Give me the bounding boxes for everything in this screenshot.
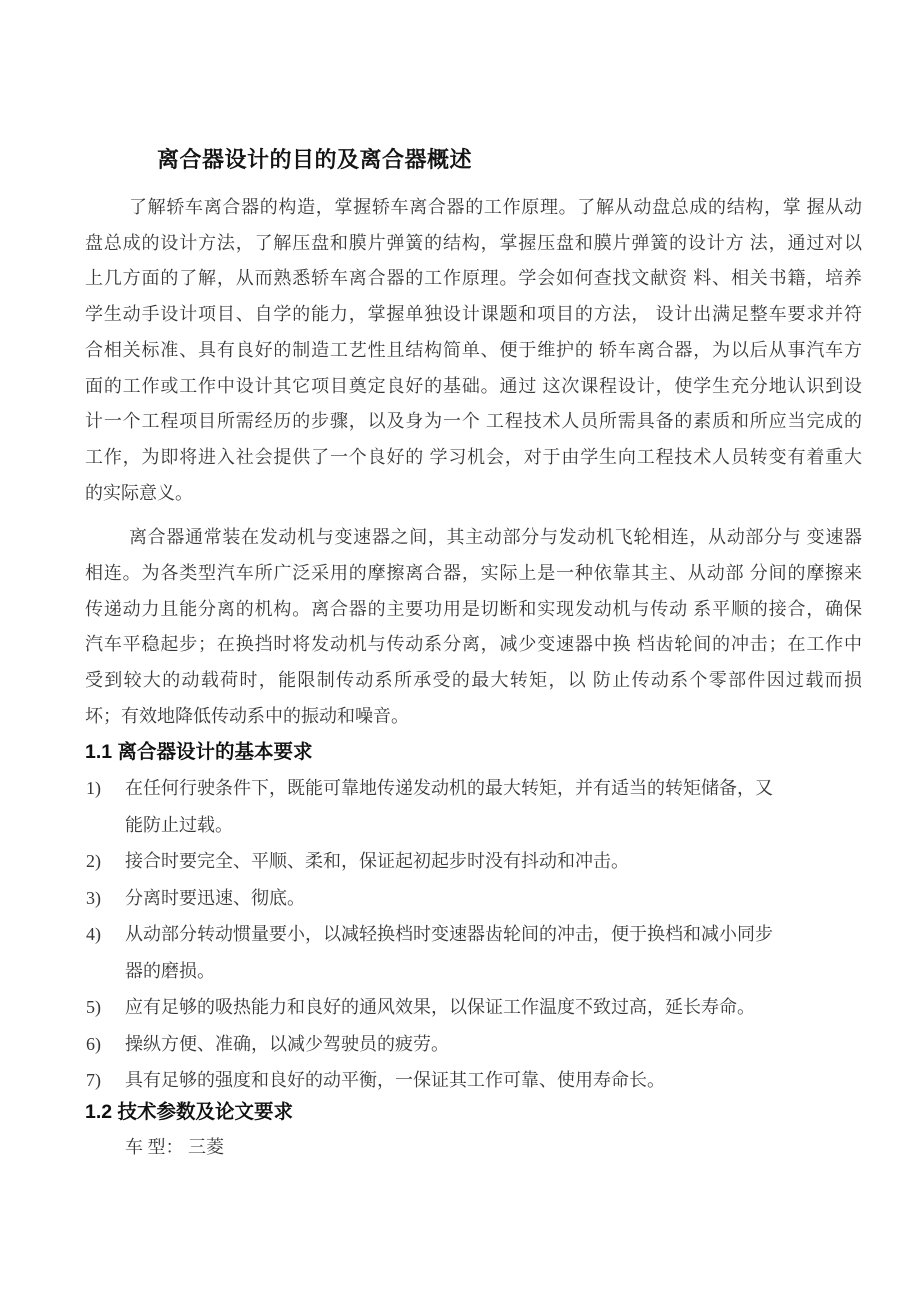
- numbered-list: 1)在任何行驶条件下，既能可靠地传递发动机的最大转矩，并有适当的转矩储备，又能防…: [85, 770, 862, 1099]
- section-heading: 1.2 技术参数及论文要求: [85, 1095, 862, 1131]
- list-item: 3)分离时要迅速、彻底。: [85, 880, 862, 917]
- list-item-line: 操纵方便、准确，以减少驾驶员的疲劳。: [125, 1026, 862, 1063]
- list-item-line: 能防止过载。: [125, 807, 862, 844]
- list-item-line: 器的磨损。: [125, 953, 862, 990]
- text-line: 工作，为即将进入社会提供了一个良好的 学习机会，对于由学生向工程技术人员转变有着…: [85, 440, 862, 476]
- text-line: 面的工作或工作中设计其它项目奠定良好的基础。通过 这次课程设计，使学生充分地认识…: [85, 369, 862, 405]
- list-item-number: 6): [86, 1026, 101, 1063]
- text-line: 受到较大的动载荷时，能限制传动系所承受的最大转矩，以 防止传动系个零部件因过载而…: [85, 663, 862, 699]
- text-line: 相连。为各类型汽车所广泛采用的摩擦离合器，实际上是一种依靠其主、从动部 分间的摩…: [85, 556, 862, 592]
- text-line: 的实际意义。: [85, 476, 862, 512]
- list-item: 5)应有足够的吸热能力和良好的通风效果，以保证工作温度不致过高，延长寿命。: [85, 989, 862, 1026]
- text-line: 离合器通常装在发动机与变速器之间，其主动部分与发动机飞轮相连，从动部分与 变速器: [85, 520, 862, 556]
- text-line: 了解轿车离合器的构造，掌握轿车离合器的工作原理。了解从动盘总成的结构，掌 握从动: [85, 190, 862, 226]
- list-item-line: 分离时要迅速、彻底。: [125, 880, 862, 917]
- list-item: 1)在任何行驶条件下，既能可靠地传递发动机的最大转矩，并有适当的转矩储备，又能防…: [85, 770, 862, 843]
- text-line: 盘总成的设计方法，了解压盘和膜片弹簧的结构，掌握压盘和膜片弹簧的设计方 法，通过…: [85, 226, 862, 262]
- document-content: 离合器设计的目的及离合器概述 了解轿车离合器的构造，掌握轿车离合器的工作原理。了…: [85, 142, 862, 1166]
- paragraph: 离合器通常装在发动机与变速器之间，其主动部分与发动机飞轮相连，从动部分与 变速器…: [85, 520, 862, 734]
- section-heading: 1.1 离合器设计的基本要求: [85, 735, 862, 771]
- text-line: 学生动手设计项目、自学的能力，掌握单独设计课题和项目的方法， 设计出满足整车要求…: [85, 297, 862, 333]
- list-item-line: 从动部分转动惯量要小，以减轻换档时变速器齿轮间的冲击，便于换档和减小同步: [125, 916, 862, 953]
- list-item: 4)从动部分转动惯量要小，以减轻换档时变速器齿轮间的冲击，便于换档和减小同步器的…: [85, 916, 862, 989]
- list-item: 6)操纵方便、准确，以减少驾驶员的疲劳。: [85, 1026, 862, 1063]
- list-item: 7)具有足够的强度和良好的动平衡，一保证其工作可靠、使用寿命长。: [85, 1062, 862, 1099]
- list-item-number: 2): [86, 843, 101, 880]
- text-line: 坏；有效地降低传动系中的振动和噪音。: [85, 699, 862, 735]
- text-line: 车 型： 三菱: [85, 1130, 862, 1166]
- document-title: 离合器设计的目的及离合器概述: [85, 142, 862, 178]
- list-item-number: 4): [86, 916, 101, 953]
- list-item: 2)接合时要完全、平顺、柔和，保证起初起步时没有抖动和冲击。: [85, 843, 862, 880]
- text-line: 传递动力且能分离的机构。离合器的主要功用是切断和实现发动机与传动 系平顺的接合，…: [85, 592, 862, 628]
- paragraph: 了解轿车离合器的构造，掌握轿车离合器的工作原理。了解从动盘总成的结构，掌 握从动…: [85, 190, 862, 511]
- text-line: 上几方面的了解，从而熟悉轿车离合器的工作原理。学会如何查找文献资 料、相关书籍，…: [85, 261, 862, 297]
- text-line: 计一个工程项目所需经历的步骤，以及身为一个 工程技术人员所需具备的素质和所应当完…: [85, 404, 862, 440]
- list-item-number: 1): [86, 770, 101, 807]
- text-line: 汽车平稳起步；在换挡时将发动机与传动系分离，减少变速器中换 档齿轮间的冲击；在工…: [85, 627, 862, 663]
- list-item-line: 在任何行驶条件下，既能可靠地传递发动机的最大转矩，并有适当的转矩储备，又: [125, 770, 862, 807]
- list-item-line: 接合时要完全、平顺、柔和，保证起初起步时没有抖动和冲击。: [125, 843, 862, 880]
- list-item-number: 5): [86, 989, 101, 1026]
- text-line: 合相关标准、具有良好的制造工艺性且结构简单、便于维护的 轿车离合器，为以后从事汽…: [85, 333, 862, 369]
- document-page: 离合器设计的目的及离合器概述 了解轿车离合器的构造，掌握轿车离合器的工作原理。了…: [0, 0, 920, 1302]
- list-item-number: 3): [86, 880, 101, 917]
- list-item-line: 具有足够的强度和良好的动平衡，一保证其工作可靠、使用寿命长。: [125, 1062, 862, 1099]
- document-body: 了解轿车离合器的构造，掌握轿车离合器的工作原理。了解从动盘总成的结构，掌 握从动…: [85, 190, 862, 1166]
- list-item-number: 7): [86, 1062, 101, 1099]
- list-item-line: 应有足够的吸热能力和良好的通风效果，以保证工作温度不致过高，延长寿命。: [125, 989, 862, 1026]
